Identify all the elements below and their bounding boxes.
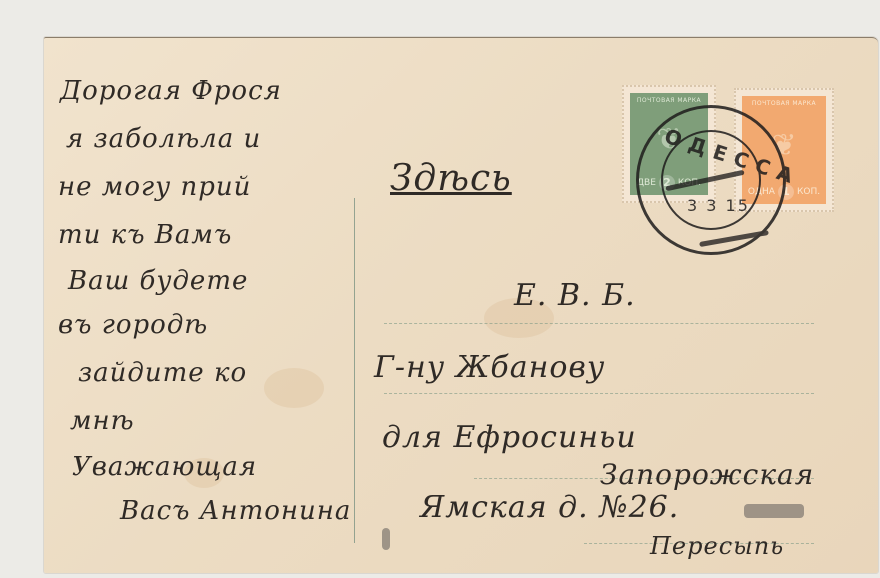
message-signoff: Уважающая <box>72 452 257 482</box>
address-city: Здѣсь <box>390 158 512 199</box>
message-signature: Васъ Антонина <box>120 496 351 526</box>
message-line: не могу прий <box>58 172 251 202</box>
message-line: мнѣ <box>70 406 135 436</box>
address-initials: Е. В. Б. <box>514 278 636 313</box>
stamp-caption: ПОЧТОВАЯ МАРКА <box>637 97 701 104</box>
message-line: въ городѣ <box>58 310 208 340</box>
address-line <box>384 323 814 324</box>
ink-smudge <box>382 528 390 550</box>
message-line: Дорогая Фрося <box>60 76 282 106</box>
address-line-2: для Ефросиньи <box>382 420 637 455</box>
message-line: зайдите ко <box>78 358 247 388</box>
ink-smudge <box>744 504 804 518</box>
address-line-5: Пересыпь <box>650 532 784 560</box>
address-line <box>384 393 814 394</box>
address-line-3: Запорожская <box>600 458 814 491</box>
address-line-1: Г-ну Жбанову <box>374 350 605 385</box>
card-divider <box>354 198 355 543</box>
message-line: я заболѣла и <box>66 124 261 154</box>
postmark-date: 3 3 15 <box>687 196 750 215</box>
stamp-currency: КОП. <box>797 187 820 197</box>
stamp-caption: ПОЧТОВАЯ МАРКА <box>752 100 816 107</box>
message-line: ти къ Вамъ <box>58 220 232 250</box>
postmark: ОДЕССА 3 3 15 <box>636 105 786 255</box>
postmark-city: ОДЕССА <box>662 124 761 176</box>
address-line-4: Ямская д. №26. <box>420 490 679 525</box>
age-stain <box>264 368 324 408</box>
message-line: Ваш будете <box>68 266 248 296</box>
